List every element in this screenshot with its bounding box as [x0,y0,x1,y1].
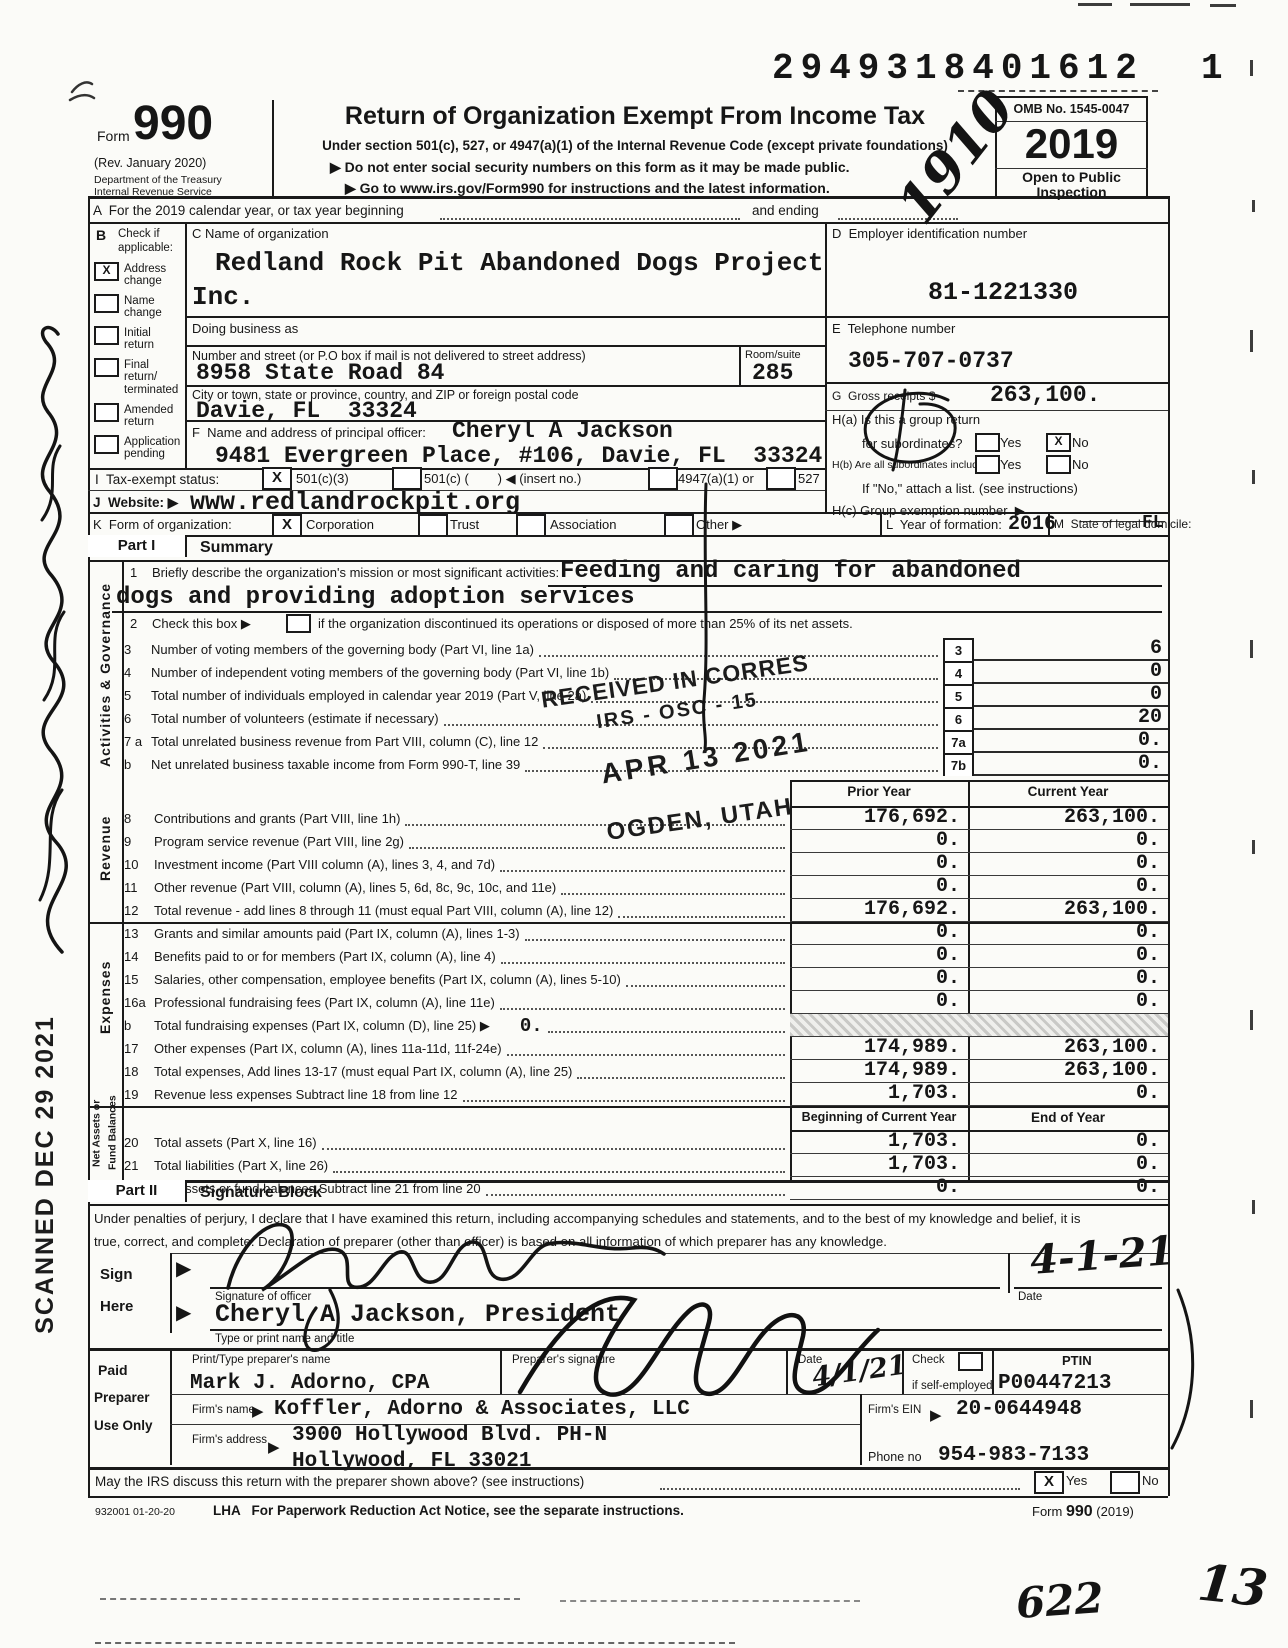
line-number: 4 [124,665,151,680]
summary-money-row: 19 Revenue less expenses Subtract line 1… [124,1083,1168,1106]
sign-label: Sign [100,1266,133,1283]
association-label: Association [550,518,616,533]
no-label: No [1072,458,1089,473]
end-value[interactable]: 0. [968,1154,1168,1177]
current-year-value[interactable]: 263,100. [968,1060,1168,1083]
yes-label: Yes [1000,458,1021,473]
divider [88,1106,1168,1108]
current-year-value[interactable]: 0. [968,876,1168,899]
date-line[interactable] [1014,1287,1162,1289]
dotted-leader [500,858,785,872]
paperwork-notice: LHA For Paperwork Reduction Act Notice, … [213,1503,684,1519]
website-instruction: ▶ Go to www.irs.gov/Form990 for instruct… [345,180,830,197]
line-number: 8 [124,811,154,826]
form-footer-id: Form 990 (2019) [1032,1503,1134,1521]
self-employed-checkbox[interactable] [958,1352,983,1371]
ptin-label: PTIN [1062,1354,1092,1369]
scan-artifact [1252,470,1255,484]
open-to-public-2: Inspection [995,184,1148,200]
dotted-leader [486,1182,785,1196]
arrow-icon: ▶ [252,1402,264,1420]
current-year-value[interactable]: 0. [968,1083,1168,1106]
checkbox[interactable] [94,435,119,454]
prior-year-value[interactable]: 0. [790,945,968,968]
summary-money-row: 18 Total expenses, Add lines 13-17 (must… [124,1060,1168,1083]
hb-label: H(b) Are all subordinates included? [832,459,995,471]
irs-label: Internal Revenue Service [94,186,212,198]
firm-address-value-1[interactable]: 3900 Hollywood Blvd. PH-N [292,1424,607,1447]
line-number: 11 [124,880,154,895]
line-label: Total fundraising expenses (Part IX, col… [154,1018,490,1034]
beginning-of-year-header: Beginning of Current Year [790,1110,968,1124]
current-year-header: Current Year [968,784,1168,799]
prior-year-value[interactable]: 0. [790,830,968,853]
footer-form-number: 990 [1066,1503,1093,1520]
trust-label: Trust [450,518,479,533]
perjury-text-1: Under penalties of perjury, I declare th… [94,1211,1080,1226]
form-990-scanned-page: 2949318401612 1 Form 990 (Rev. January 2… [0,0,1288,1648]
trust-checkbox[interactable] [418,514,448,537]
current-year-value[interactable]: 0. [968,991,1168,1014]
divider [825,222,827,512]
line1-number: 1 [130,566,137,581]
paid-label: Paid [98,1362,128,1378]
divider [860,1394,862,1465]
date-label: Date [1018,1291,1042,1304]
scan-artifact [100,1598,520,1600]
tax-exempt-4947-checkbox[interactable] [648,467,678,490]
line-a-ending: and ending [752,203,819,219]
divider [170,1348,172,1465]
checkbox[interactable] [94,358,119,377]
checkbox-row: Application pending [94,435,184,460]
prior-year-value[interactable]: 176,692. [790,807,968,830]
dotted-leader [322,1136,785,1150]
line-number-box: 4 [943,661,974,684]
line-label: Total number of volunteers (estimate if … [151,711,439,726]
side-label-expenses: Expenses [88,907,122,1087]
line-label: Professional fundraising fees (Part IX, … [154,995,495,1010]
domicile-value[interactable]: FL [1142,513,1164,533]
here-label: Here [100,1298,133,1315]
dotted-leader [500,996,785,1010]
current-year-value[interactable]: 0. [968,922,1168,945]
privacy-instruction: ▶ Do not enter social security numbers o… [330,159,850,176]
officer-signature-line[interactable] [210,1287,1000,1289]
dotted-leader [525,927,785,941]
divider [825,410,1168,411]
officer-typed-name[interactable]: Cheryl A Jackson, President [215,1300,620,1329]
line-number: 12 [124,903,154,918]
corporation-checkbox[interactable]: X [272,514,302,537]
discuss-yes-checkbox[interactable]: X [1034,1471,1064,1494]
divider [210,1329,1162,1331]
ha-label-2: for subordinates? [862,437,962,452]
divider [170,1253,1168,1254]
attach-list-note: If "No," attach a list. (see instruction… [862,482,1078,497]
divider [739,345,741,385]
summary-money-row: 15 Salaries, other compensation, employe… [124,968,1168,991]
dotted-leader [501,950,785,964]
line-label: Investment income (Part VIII column (A),… [154,857,495,872]
current-year-value[interactable]: 263,100. [968,807,1168,830]
ptin-value[interactable]: P00447213 [998,1372,1111,1395]
part2-tag: Part II [88,1180,187,1202]
year-of-formation-label: L Year of formation: [886,518,1002,533]
subordinates-yes-checkbox[interactable] [975,455,1000,474]
prior-year-value[interactable]: 0. [790,991,968,1014]
other-org-checkbox[interactable] [664,514,694,537]
line-label: Revenue less expenses Subtract line 18 f… [154,1087,458,1102]
dba-label: Doing business as [192,322,298,337]
line2-label-pre: Check this box ▶ [152,617,251,632]
self-employed-label: if self-employed [912,1380,993,1393]
money-lines: 8 Contributions and grants (Part VIII, l… [124,807,1168,1106]
form-code: 932001 01-20-20 [95,1506,175,1518]
perjury-text-2: true, correct, and complete. Declaration… [94,1234,887,1249]
discontinued-checkbox[interactable] [286,614,311,633]
preparer-signature-label: Preparer's signature [512,1354,615,1367]
firm-address-label: Firm's address [192,1434,267,1447]
other-org-label: Other ▶ [696,518,742,533]
website-label: J Website: ▶ [93,495,178,511]
firm-name-label: Firm's name [192,1404,255,1417]
divider [185,316,1168,318]
divider [170,1253,172,1333]
tax-exempt-501c3-label: 501(c)(3) [296,472,349,487]
dotted-leader [618,904,785,918]
scan-artifact [1210,4,1236,7]
line-label: Total liabilities (Part X, line 26) [154,1158,328,1173]
group-return-no-checkbox[interactable]: X [1046,433,1071,452]
dotted-leader [409,835,785,849]
mission-value-1[interactable]: Feeding and caring for abandoned [560,558,1021,585]
scan-artifact [1252,840,1255,854]
divider [786,1348,788,1394]
line-label: Number of independent voting members of … [151,665,609,680]
line-number-box: 5 [943,684,974,707]
dotted-leader [539,643,938,657]
website-value[interactable]: www.redlandrockpit.org [190,488,520,517]
prior-year-value[interactable]: 1,703. [790,1083,968,1106]
org-name-value-2[interactable]: Inc. [192,282,254,312]
checkbox-row: Initial return [94,326,184,351]
page-note-13: 13 [1195,1553,1270,1619]
line-number: 19 [124,1087,154,1102]
checkbox[interactable] [94,294,119,313]
phone-label: E Telephone number [832,322,955,337]
tax-exempt-label: I Tax-exempt status: [95,472,219,488]
arrow-icon: ▶ [176,1300,191,1325]
scan-artifact [70,82,94,100]
summary-count-row: 7 a Total unrelated business revenue fro… [124,730,1168,753]
checkbox-label: Initial return [124,326,184,351]
line-label: Total number of individuals employed in … [151,688,586,703]
group-return-yes-checkbox[interactable] [975,433,1000,452]
arrow-icon: ▶ [176,1256,191,1281]
end-of-year-header: End of Year [968,1110,1168,1125]
checkbox-row: Final return/ terminated [94,358,184,395]
beginning-value[interactable]: 1,703. [790,1154,968,1177]
gross-receipts-value[interactable]: 263,100. [990,382,1100,408]
summary-money-row: 13 Grants and similar amounts paid (Part… [124,922,1168,945]
line-number: 5 [124,688,151,703]
checkbox-label: Final return/ terminated [124,358,184,395]
org-form-label: K Form of organization: [93,518,232,533]
divider [272,100,274,196]
divider [902,1348,904,1394]
pen-mark [1172,1290,1193,1448]
officer-name-value[interactable]: Cheryl A Jackson [452,418,673,444]
firm-name-value[interactable]: Koffler, Adorno & Associates, LLC [274,1398,690,1421]
page-note-622: 622 [1014,1573,1105,1628]
balance-row: 20 Total assets (Part X, line 16) 1,703.… [124,1131,1168,1154]
checkbox[interactable]: X [94,262,119,281]
mission-value-2[interactable]: dogs and providing adoption services [116,584,634,611]
line-number: 6 [124,711,151,726]
line-value[interactable]: 0 [974,684,1168,707]
line-label: Benefits paid to or for members (Part IX… [154,949,496,964]
line-number-box: 6 [943,707,974,730]
use-only-label: Use Only [94,1418,153,1433]
checkbox-label: Application pending [124,435,184,460]
part1-title: Summary [200,539,273,557]
dotted-leader [561,881,785,895]
checkbox-label: Name change [124,294,184,319]
form-subtitle: Under section 501(c), 527, or 4947(a)(1)… [280,138,990,153]
inline-value[interactable]: 0. [520,1015,543,1037]
scan-artifact [1250,60,1253,76]
open-to-public-1: Open to Public [995,169,1148,185]
prior-year-value[interactable]: 174,989. [790,1060,968,1083]
corporation-label: Corporation [306,518,374,533]
prior-year-value[interactable]: 176,692. [790,899,968,922]
officer-date-handwritten: 4-1-21 [1029,1227,1176,1284]
type-print-label: Type or print name and title [215,1333,354,1346]
dotted-leader [660,1488,1020,1490]
line-label: Program service revenue (Part VIII, line… [154,834,404,849]
line-number: b [124,757,151,772]
part2-title: Signature Block [200,1184,322,1202]
line-number: 16a [124,995,154,1010]
current-year-value[interactable]: 263,100. [968,899,1168,922]
balance-row: 21 Total liabilities (Part X, line 26) 1… [124,1154,1168,1177]
summary-money-row: 14 Benefits paid to or for members (Part… [124,945,1168,968]
divider [88,1496,1168,1498]
scan-artifact [1250,1400,1253,1418]
fill-blank [112,611,1162,613]
line-label: Salaries, other compensation, employee b… [154,972,621,987]
phone-value[interactable]: 305-707-0737 [848,348,1014,374]
tax-exempt-501c3-checkbox[interactable]: X [262,467,292,490]
room-suite-value[interactable]: 285 [752,360,793,386]
association-checkbox[interactable] [516,514,546,537]
divider [88,1180,1168,1183]
line-number-box: 7b [943,753,974,776]
prior-year-header: Prior Year [790,784,968,799]
street-value[interactable]: 8958 State Road 84 [196,360,444,386]
line-label: Total revenue - add lines 8 through 11 (… [154,903,613,918]
line-label: Other expenses (Part IX, column (A), lin… [154,1041,502,1056]
side-label-net-assets-2: Fund Balances [104,1086,121,1180]
checkbox[interactable] [94,326,119,345]
divider [995,96,1148,98]
line2-label-post: if the organization discontinued its ope… [318,617,853,632]
firm-ein-value[interactable]: 20-0644948 [956,1398,1082,1421]
subordinates-no-checkbox[interactable] [1046,455,1071,474]
dotted-leader [548,1019,785,1033]
divider [1008,1253,1010,1293]
scan-artifact [560,1600,860,1602]
line-label: Total assets (Part X, line 16) [154,1135,317,1150]
tax-exempt-501c-label: 501(c) ( ) ◀ (insert no.) [424,472,581,487]
scan-artifact [1250,1010,1253,1030]
line-number-box: 3 [943,638,974,661]
line-label: Total unrelated business revenue from Pa… [151,734,538,749]
form-revision: (Rev. January 2020) [94,156,206,170]
current-year-value[interactable]: 0. [968,830,1168,853]
line-number: 15 [124,972,154,987]
dotted-leader [463,1088,785,1102]
line-number: 13 [124,926,154,941]
line-number: 18 [124,1064,154,1079]
scan-artifact [1130,3,1190,6]
org-name-value[interactable]: Redland Rock Pit Abandoned Dogs Project [215,248,824,278]
discuss-no-checkbox[interactable] [1110,1471,1140,1494]
line-number: 21 [124,1158,154,1173]
footer-form-year: (2019) [1096,1504,1134,1519]
checkbox-label: Amended return [124,403,184,428]
tax-exempt-527-label: 527 [798,472,820,487]
preparer-name-value[interactable]: Mark J. Adorno, CPA [190,1372,429,1395]
checkbox-row: X Address change [94,262,184,287]
divider [88,535,1168,537]
line-label: Other revenue (Part VIII, column (A), li… [154,880,556,895]
domicile-label: M State of legal domicile: [1054,518,1191,532]
prior-year-value[interactable]: 0. [790,876,968,899]
officer-address-value[interactable]: 9481 Evergreen Place, #106, Davie, FL 33… [215,443,822,469]
no-label: No [1142,1474,1159,1489]
ein-value[interactable]: 81-1221330 [928,278,1078,307]
check-label: Check [912,1354,945,1367]
fill-blank[interactable] [440,218,740,220]
line-value[interactable]: 0. [974,753,1168,776]
dotted-leader [333,1159,785,1173]
line-number: 20 [124,1135,154,1150]
side-label-net-assets-1: Net Assets or [88,1086,105,1180]
current-year-value[interactable]: 0. [968,945,1168,968]
tax-exempt-501c-checkbox[interactable] [392,467,422,490]
scan-artifact [1250,330,1253,352]
line-label: Total expenses, Add lines 13-17 (must eq… [154,1064,572,1079]
margin-handwritten-scrawl [42,328,66,952]
preparer-name-label: Print/Type preparer's name [192,1354,330,1367]
checkbox[interactable] [94,403,119,422]
prior-year-value[interactable]: 0. [790,968,968,991]
dotted-leader [577,1065,785,1079]
line-number: 9 [124,834,154,849]
divider [170,1394,1168,1395]
current-year-value[interactable]: 0. [968,853,1168,876]
line-value[interactable]: 20 [974,707,1168,730]
current-year-value[interactable]: 0. [968,968,1168,991]
form-number: 990 [133,96,213,151]
line-number: 10 [124,857,154,872]
line-label: Net unrelated business taxable income fr… [151,757,520,772]
form-title: Return of Organization Exempt From Incom… [280,102,990,131]
divider [88,222,1168,224]
divider [88,1348,1168,1351]
line-value[interactable]: 0. [974,730,1168,753]
line-value[interactable]: 0 [974,661,1168,684]
end-value[interactable]: 0. [968,1131,1168,1154]
line-label: Contributions and grants (Part VIII, lin… [154,811,400,826]
line-number: b [124,1018,154,1033]
line1-label: Briefly describe the organization's miss… [152,566,559,581]
line-number-box: 7a [943,730,974,753]
prior-year-value[interactable] [790,1014,968,1037]
beginning-value[interactable]: 1,703. [790,1131,968,1154]
line-a-label: A For the 2019 calendar year, or tax yea… [93,203,404,219]
checkbox-group-b: X Address change Name change Initial ret… [94,262,184,467]
current-year-value[interactable]: 263,100. [968,1037,1168,1060]
arrow-icon: ▶ [268,1438,280,1456]
summary-money-row: 17 Other expenses (Part IX, column (A), … [124,1037,1168,1060]
prior-year-value[interactable]: 0. [790,922,968,945]
line-number: 7 a [124,734,151,749]
form-right-border [1168,196,1170,1496]
scan-artifact [1252,200,1255,212]
divider [992,1348,994,1394]
summary-money-row: 12 Total revenue - add lines 8 through 1… [124,899,1168,922]
summary-money-row: 10 Investment income (Part VIII column (… [124,853,1168,876]
current-year-value[interactable] [968,1014,1168,1037]
margin-handwritten-scrawl [40,446,64,900]
gross-receipts-label: G Gross receipts $ [832,390,935,404]
section-b-checkif: Check if [118,228,160,241]
dotted-leader [507,1042,785,1056]
org-name-label: C Name of organization [192,227,329,242]
line-value[interactable]: 6 [974,638,1168,661]
scan-artifact [1252,1200,1255,1214]
officer-label: F Name and address of principal officer: [192,426,426,441]
section-b-applicable: applicable: [118,242,173,255]
line-number: 17 [124,1041,154,1056]
scan-artifact [95,1642,735,1644]
preparer-phone-value[interactable]: 954-983-7133 [938,1444,1089,1467]
divider [500,1348,502,1394]
divider [88,1204,1168,1206]
scan-artifact [1078,3,1112,6]
prior-year-value[interactable]: 174,989. [790,1037,968,1060]
line-label: Grants and similar amounts paid (Part IX… [154,926,520,941]
fill-blank [548,585,1162,587]
city-value[interactable]: Davie, FL 33324 [196,398,417,424]
prior-year-value[interactable]: 0. [790,853,968,876]
divider [790,780,1168,782]
line-number: 3 [124,642,151,657]
firm-ein-label: Firm's EIN [868,1404,921,1417]
checkbox-row: Name change [94,294,184,319]
scanline-barcode-number: 2949318401612 1 [772,48,1230,89]
yes-label: Yes [1000,436,1021,451]
phone-no-label: Phone no [868,1450,922,1464]
year-of-formation-value[interactable]: 2016 [1008,513,1056,536]
preparer-date-handwritten: 4/1/21 [810,1350,908,1394]
tax-exempt-527-checkbox[interactable] [766,467,796,490]
arrow-icon: ▶ [930,1406,942,1424]
section-b-letter: B [96,227,106,243]
